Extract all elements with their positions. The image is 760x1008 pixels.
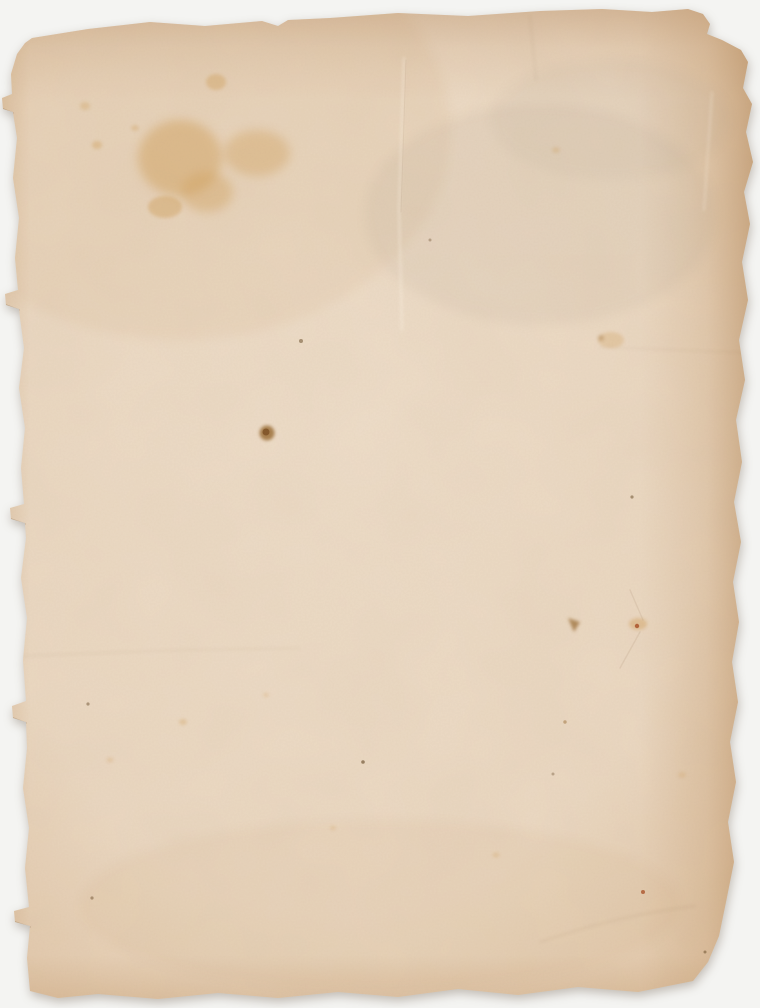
paper-group xyxy=(0,0,760,1008)
scan-bed: Blank sheet of aged, stained vintage pap… xyxy=(0,0,760,1008)
paper-grain-texture xyxy=(0,0,760,1008)
paper-sheet xyxy=(0,0,760,1008)
